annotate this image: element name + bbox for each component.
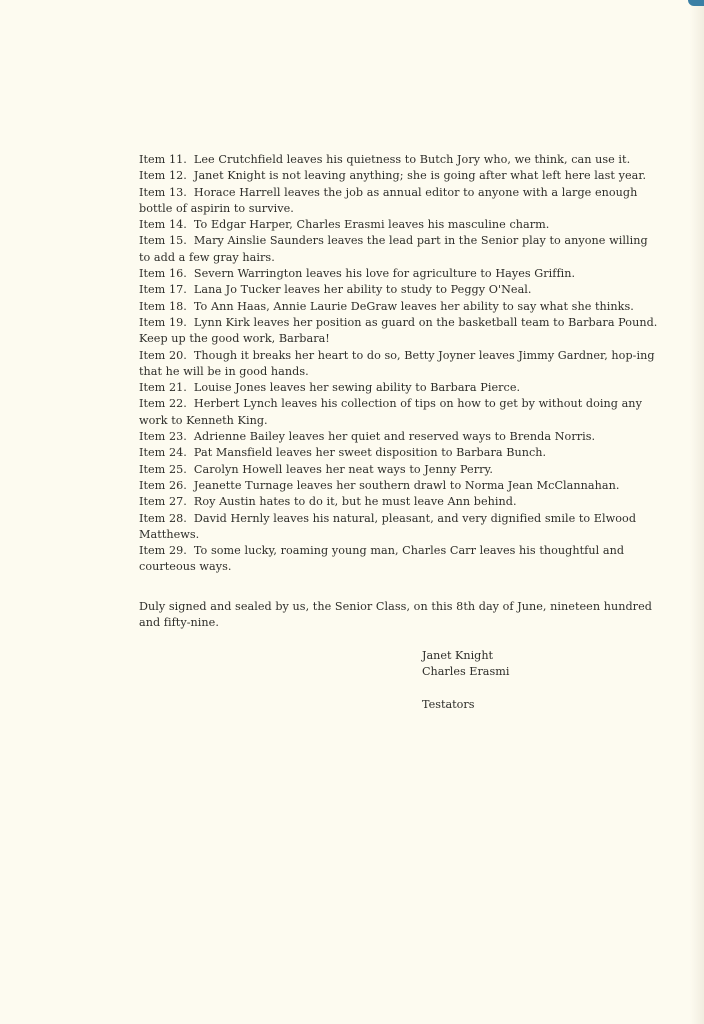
will-item: Item 28.David Hernly leaves his natural,…	[139, 511, 659, 544]
will-item: Item 21.Louise Jones leaves her sewing a…	[139, 380, 659, 396]
signature-label: Testators	[422, 697, 509, 713]
item-list: Item 11.Lee Crutchfield leaves his quiet…	[139, 152, 659, 576]
item-text: Though it breaks her heart to do so, Bet…	[139, 349, 655, 378]
item-number: Item 23.	[139, 430, 187, 443]
item-text: Lee Crutchfield leaves his quietness to …	[194, 153, 630, 166]
will-item: Item 23.Adrienne Bailey leaves her quiet…	[139, 429, 659, 445]
signature-block: Janet Knight Charles Erasmi Testators	[422, 648, 509, 713]
item-number: Item 22.	[139, 397, 187, 410]
item-text: Jeanette Turnage leaves her southern dra…	[194, 479, 620, 492]
will-item: Item 19.Lynn Kirk leaves her position as…	[139, 315, 659, 348]
signatory-name: Charles Erasmi	[422, 664, 509, 680]
item-text: Adrienne Bailey leaves her quiet and res…	[194, 430, 595, 443]
signatory-name: Janet Knight	[422, 648, 509, 664]
item-number: Item 21.	[139, 381, 187, 394]
will-item: Item 14.To Edgar Harper, Charles Erasmi …	[139, 217, 659, 233]
item-number: Item 27.	[139, 495, 187, 508]
item-text: Severn Warrington leaves his love for ag…	[194, 267, 575, 280]
will-item: Item 17.Lana Jo Tucker leaves her abilit…	[139, 282, 659, 298]
will-item: Item 15.Mary Ainslie Saunders leaves the…	[139, 233, 659, 266]
item-text: To Ann Haas, Annie Laurie DeGraw leaves …	[194, 300, 634, 313]
item-number: Item 12.	[139, 169, 187, 182]
will-item: Item 26.Jeanette Turnage leaves her sout…	[139, 478, 659, 494]
closing-paragraph: Duly signed and sealed by us, the Senior…	[139, 599, 659, 632]
item-text: David Hernly leaves his natural, pleasan…	[139, 512, 636, 541]
page-edge-shadow	[690, 0, 704, 1024]
item-text: To Edgar Harper, Charles Erasmi leaves h…	[194, 218, 550, 231]
item-number: Item 14.	[139, 218, 187, 231]
item-text: Janet Knight is not leaving anything; sh…	[194, 169, 646, 182]
item-number: Item 17.	[139, 283, 187, 296]
will-item: Item 27.Roy Austin hates to do it, but h…	[139, 494, 659, 510]
item-text: Mary Ainslie Saunders leaves the lead pa…	[139, 234, 648, 263]
item-text: Carolyn Howell leaves her neat ways to J…	[194, 463, 493, 476]
item-number: Item 25.	[139, 463, 187, 476]
will-item: Item 20.Though it breaks her heart to do…	[139, 348, 659, 381]
will-item: Item 18.To Ann Haas, Annie Laurie DeGraw…	[139, 299, 659, 315]
will-item: Item 24.Pat Mansfield leaves her sweet d…	[139, 445, 659, 461]
item-number: Item 19.	[139, 316, 187, 329]
item-number: Item 28.	[139, 512, 187, 525]
will-item: Item 16.Severn Warrington leaves his lov…	[139, 266, 659, 282]
item-number: Item 11.	[139, 153, 187, 166]
will-item: Item 29.To some lucky, roaming young man…	[139, 543, 659, 576]
item-number: Item 26.	[139, 479, 187, 492]
will-item: Item 22.Herbert Lynch leaves his collect…	[139, 396, 659, 429]
item-number: Item 18.	[139, 300, 187, 313]
item-number: Item 13.	[139, 186, 187, 199]
item-text: Roy Austin hates to do it, but he must l…	[194, 495, 517, 508]
item-text: Louise Jones leaves her sewing ability t…	[194, 381, 520, 394]
will-item: Item 12.Janet Knight is not leaving anyt…	[139, 168, 659, 184]
will-text: Item 11.Lee Crutchfield leaves his quiet…	[139, 152, 659, 643]
item-number: Item 29.	[139, 544, 187, 557]
will-item: Item 25.Carolyn Howell leaves her neat w…	[139, 462, 659, 478]
item-text: To some lucky, roaming young man, Charle…	[139, 544, 624, 573]
item-text: Lynn Kirk leaves her position as guard o…	[139, 316, 657, 345]
item-number: Item 15.	[139, 234, 187, 247]
scan-corner-mark	[688, 0, 704, 6]
item-text: Pat Mansfield leaves her sweet dispositi…	[194, 446, 546, 459]
will-item: Item 13.Horace Harrell leaves the job as…	[139, 185, 659, 218]
will-item: Item 11.Lee Crutchfield leaves his quiet…	[139, 152, 659, 168]
item-text: Lana Jo Tucker leaves her ability to stu…	[194, 283, 532, 296]
item-number: Item 20.	[139, 349, 187, 362]
item-text: Herbert Lynch leaves his collection of t…	[139, 397, 642, 426]
item-number: Item 24.	[139, 446, 187, 459]
item-number: Item 16.	[139, 267, 187, 280]
item-text: Horace Harrell leaves the job as annual …	[139, 186, 637, 215]
